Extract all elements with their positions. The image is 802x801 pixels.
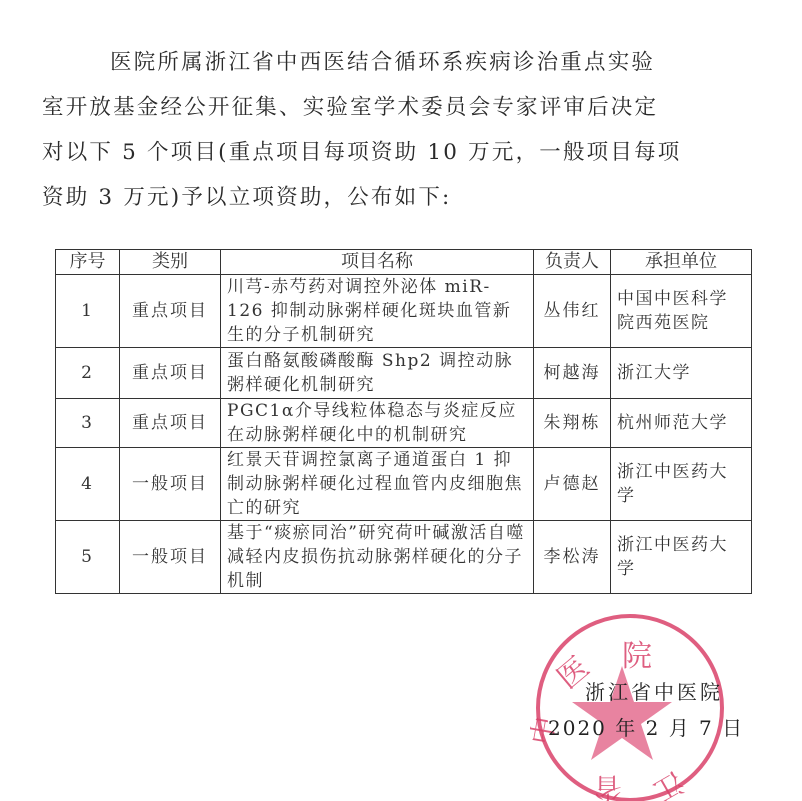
cell-unit: 中国中医科学院西苑医院 [611,275,752,348]
intro-line: 医院所属浙江省中西医结合循环系疾病诊治重点实验 [42,40,762,85]
cell-category: 一般项目 [120,448,221,521]
intro-paragraph: 医院所属浙江省中西医结合循环系疾病诊治重点实验 室开放基金经公开征集、实验室学术… [42,40,762,220]
table-row: 3 重点项目 PGC1α介导线粒体稳态与炎症反应在动脉粥样硬化中的机制研究 朱翔… [56,399,752,448]
table-row: 5 一般项目 基于“痰瘀同治”研究荷叶碱激活自噬减轻内皮损伤抗动脉粥样硬化的分子… [56,521,752,594]
table-header-row: 序号 类别 项目名称 负责人 承担单位 [56,250,752,275]
cell-category: 重点项目 [120,348,221,399]
cell-no: 4 [56,448,120,521]
cell-leader: 卢德赵 [534,448,611,521]
signature-org: 浙江省中医院 [585,676,723,705]
cell-leader: 朱翔栋 [534,399,611,448]
cell-no: 2 [56,348,120,399]
header-category: 类别 [120,250,221,275]
cell-leader: 丛伟红 [534,275,611,348]
intro-line: 资助 3 万元)予以立项资助，公布如下: [42,175,762,220]
cell-unit: 浙江大学 [611,348,752,399]
cell-title: 蛋白酪氨酸磷酸酶 Shp2 调控动脉粥样硬化机制研究 [221,348,534,399]
project-table: 序号 类别 项目名称 负责人 承担单位 1 重点项目 川芎-赤芍药对调控外泌体 … [55,249,752,594]
cell-unit: 杭州师范大学 [611,399,752,448]
cell-title: 川芎-赤芍药对调控外泌体 miR-126 抑制动脉粥样硬化斑块血管新生的分子机制… [221,275,534,348]
intro-line: 室开放基金经公开征集、实验室学术委员会专家评审后决定 [42,85,762,130]
header-leader: 负责人 [534,250,611,275]
table-row: 1 重点项目 川芎-赤芍药对调控外泌体 miR-126 抑制动脉粥样硬化斑块血管… [56,275,752,348]
seal-char: 院 [622,639,652,674]
signature-date: 2020 年 2 月 7 日 [548,712,744,741]
table-row: 4 一般项目 红景天苷调控氯离子通道蛋白 1 抑制动脉粥样硬化过程血管内皮细胞焦… [56,448,752,521]
cell-no: 5 [56,521,120,594]
seal-char: 省 [594,771,622,801]
cell-title: 基于“痰瘀同治”研究荷叶碱激活自噬减轻内皮损伤抗动脉粥样硬化的分子机制 [221,521,534,594]
intro-line: 对以下 5 个项目(重点项目每项资助 10 万元，一般项目每项 [42,130,762,175]
header-title: 项目名称 [221,250,534,275]
cell-category: 重点项目 [120,275,221,348]
cell-category: 一般项目 [120,521,221,594]
cell-category: 重点项目 [120,399,221,448]
cell-title: PGC1α介导线粒体稳态与炎症反应在动脉粥样硬化中的机制研究 [221,399,534,448]
cell-no: 3 [56,399,120,448]
table-row: 2 重点项目 蛋白酪氨酸磷酸酶 Shp2 调控动脉粥样硬化机制研究 柯越海 浙江… [56,348,752,399]
header-no: 序号 [56,250,120,275]
cell-no: 1 [56,275,120,348]
header-unit: 承担单位 [611,250,752,275]
cell-unit: 浙江中医药大学 [611,448,752,521]
cell-leader: 李松涛 [534,521,611,594]
cell-unit: 浙江中医药大学 [611,521,752,594]
cell-title: 红景天苷调控氯离子通道蛋白 1 抑制动脉粥样硬化过程血管内皮细胞焦亡的研究 [221,448,534,521]
cell-leader: 柯越海 [534,348,611,399]
